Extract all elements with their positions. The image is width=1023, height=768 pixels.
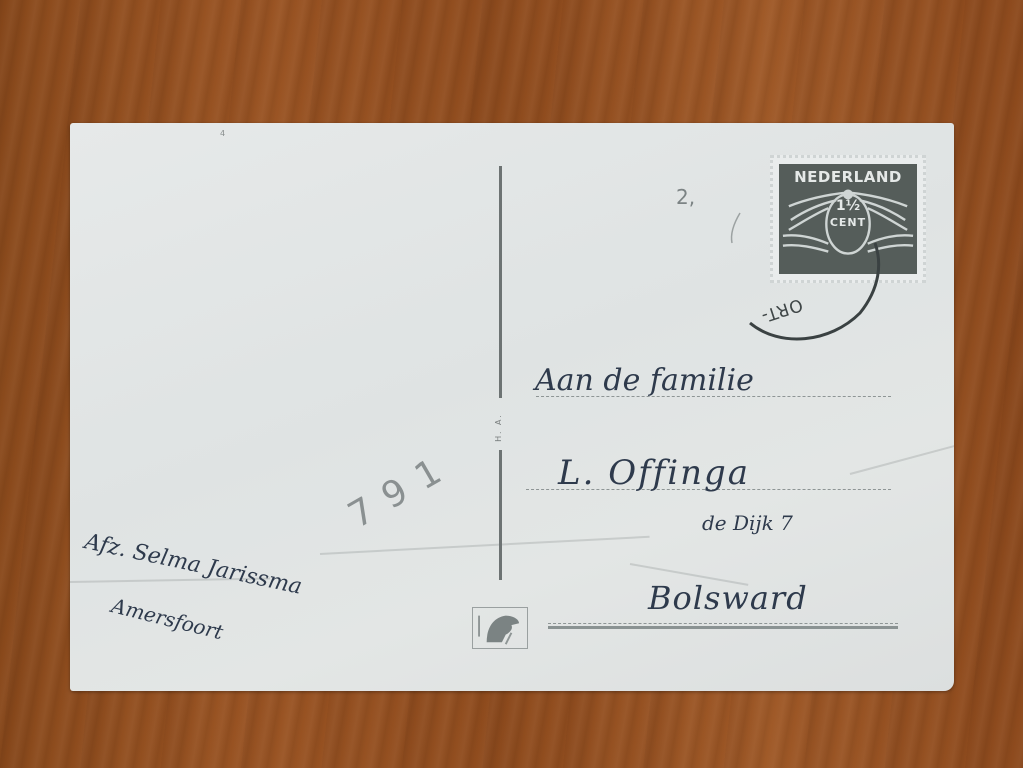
address-line-1: Aan de familie [535, 363, 754, 398]
publisher-logo [472, 607, 528, 649]
address-rule-3 [548, 623, 898, 624]
postmark-circle [710, 173, 890, 353]
center-divider [499, 166, 502, 398]
postcard: 4 H. A. NEDERLAND [70, 123, 954, 691]
crease [850, 445, 954, 475]
address-line-3: de Dijk 7 [702, 511, 793, 535]
center-divider-lower [499, 450, 502, 580]
address-rule-4 [548, 626, 898, 629]
pencil-note: 2, [676, 185, 695, 209]
crease [320, 536, 650, 555]
publisher-mark: H. A. [494, 413, 503, 442]
pencil-scribble: 7 9 1 [342, 450, 450, 536]
address-line-2: L. Offinga [558, 453, 750, 493]
edge-mark: 4 [220, 129, 225, 138]
sender-line-2: Amersfoort [109, 593, 226, 644]
address-line-4: Bolsward [648, 579, 808, 617]
eagle-head-icon [473, 608, 527, 648]
sender-line-1: Afz. Selma Jarissma [82, 529, 304, 599]
